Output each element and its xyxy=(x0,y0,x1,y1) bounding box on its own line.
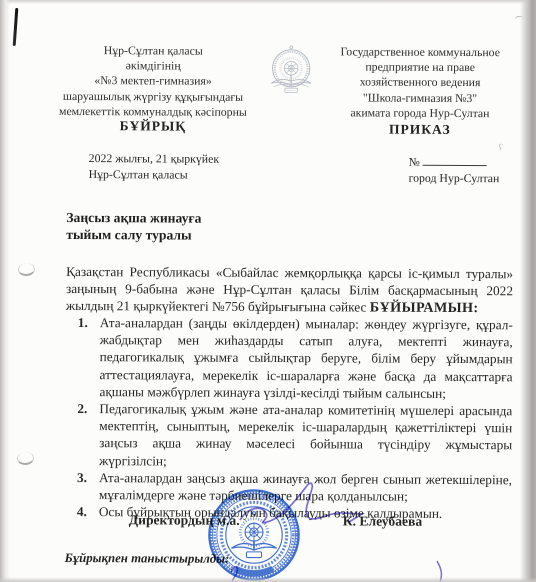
scanned-order-document: Нұр-Сұлтан қаласы әкімдігінің «№3 мектеп… xyxy=(0,0,536,582)
order-title-line1: Заңсыз ақша жинауға xyxy=(66,210,201,227)
scan-edge-right xyxy=(520,0,536,582)
order-item-text: Ата-аналардан (заңды өкілдерден) мыналар… xyxy=(99,315,512,401)
order-title: Заңсыз ақша жинауға тыйым салу туралы xyxy=(66,210,201,244)
order-item-2: 2. Педагогикалық ұжым және ата-аналар ко… xyxy=(65,400,512,471)
org-kk-line: «№3 мектеп-гимназия» xyxy=(41,73,265,89)
order-city-kazakh: Нұр-Сұлтан қаласы xyxy=(89,167,219,183)
signer-name: К. Елеубаева xyxy=(343,513,423,529)
org-kk-line: Нұр-Сұлтан қаласы xyxy=(41,43,265,59)
number-label: № xyxy=(409,155,420,169)
order-item-number: 4. xyxy=(77,503,87,520)
organization-name-russian: Государственное коммунальное предприятие… xyxy=(323,44,517,121)
org-kk-line: әкімдігінің xyxy=(41,58,265,74)
scan-edge-bottom xyxy=(0,577,536,582)
number-blank-line xyxy=(423,154,487,166)
org-ru-line: Государственное коммунальное xyxy=(323,44,517,60)
order-title-line2: тыйым салу туралы xyxy=(66,226,201,243)
scan-edge-left xyxy=(0,0,10,582)
org-ru-line: предприятие на праве xyxy=(323,59,517,75)
order-item-text: Ата-аналардан заңсыз ақша жинауға жол бе… xyxy=(99,470,512,504)
organization-name-kazakh: Нұр-Сұлтан қаласы әкімдігінің «№3 мектеп… xyxy=(41,43,265,120)
document-type-russian: ПРИКАЗ xyxy=(323,121,517,138)
intro-emphasis: БҰЙЫРАМЫН: xyxy=(370,300,479,317)
order-date: 2022 жылғы, 21 қыркүйек xyxy=(89,151,219,167)
org-ru-line: акимата города Нур-Султан xyxy=(323,105,517,121)
org-ru-line: "Школа-гимназия №3" xyxy=(323,90,517,106)
order-item-number: 3. xyxy=(77,469,87,486)
date-city-block: 2022 жылғы, 21 қыркүйек Нұр-Сұлтан қалас… xyxy=(89,151,220,183)
number-city-block: № город Нур-Султан xyxy=(409,154,500,186)
order-item-number: 1. xyxy=(78,314,88,331)
document-type-kazakh: БҰЙРЫҚ xyxy=(41,118,265,135)
scan-edge-top xyxy=(0,0,536,4)
acknowledgement-label: Бұйрықпен таныстырылды: xyxy=(65,551,230,567)
order-number-line: № xyxy=(409,154,500,171)
intro-paragraph: Қазақстан Республикасы «Сыбайлас жемқорл… xyxy=(66,263,513,318)
kazakhstan-coat-of-arms-icon xyxy=(260,42,322,108)
order-item-1: 1. Ата-аналардан (заңды өкілдерден) мына… xyxy=(65,314,512,402)
order-city-russian: город Нур-Султан xyxy=(409,170,500,186)
round-official-stamp-icon xyxy=(207,487,301,582)
order-item-number: 2. xyxy=(77,400,87,417)
org-ru-line: хозяйственного ведения xyxy=(323,75,517,91)
order-item-text: Педагогикалық ұжым және ата-аналар комит… xyxy=(99,401,512,468)
org-kk-line: шаруашылық жүргізу құқығындағы xyxy=(41,88,265,104)
